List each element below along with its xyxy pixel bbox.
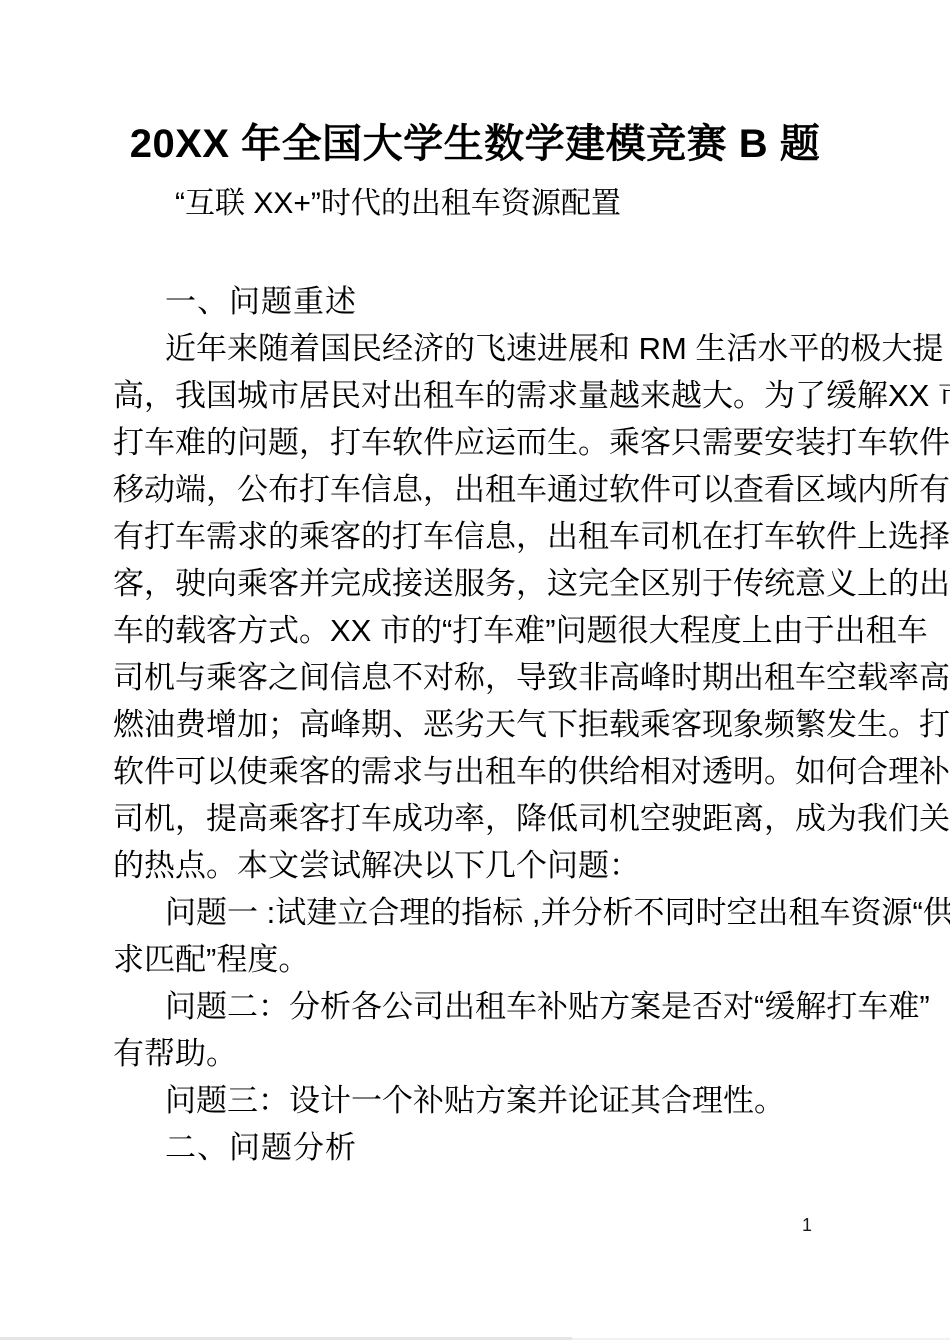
document-title: 20XX 年全国大学生数学建模竞赛 B 题 xyxy=(113,118,837,170)
document-subtitle: “互联 XX+”时代的出租车资源配置 xyxy=(113,184,837,224)
page-bottom-edge-faint xyxy=(572,1338,950,1340)
paragraph-question-three: 问题三：设计一个补贴方案并论证其合理性。 xyxy=(113,1077,837,1124)
paragraph-introduction: 近年来随着国民经济的飞速进展和 RM 生活水平的极大提 高，我国城市居民对出租车… xyxy=(113,325,837,889)
document-body: 一、问题重述 近年来随着国民经济的飞速进展和 RM 生活水平的极大提 高，我国城… xyxy=(113,278,837,1171)
page-number: 1 xyxy=(802,1212,812,1238)
section-heading-problem-restatement: 一、问题重述 xyxy=(113,278,837,325)
document-page: 20XX 年全国大学生数学建模竞赛 B 题 “互联 XX+”时代的出租车资源配置… xyxy=(0,0,950,1344)
page-bottom-edge xyxy=(0,1337,572,1340)
paragraph-question-two: 问题二：分析各公司出租车补贴方案是否对“缓解打车难” 有帮助。 xyxy=(113,983,837,1077)
section-heading-problem-analysis: 二、问题分析 xyxy=(113,1124,837,1171)
paragraph-question-one: 问题一 :试建立合理的指标 ,并分析不同时空出租车资源“供 求匹配”程度。 xyxy=(113,889,837,983)
